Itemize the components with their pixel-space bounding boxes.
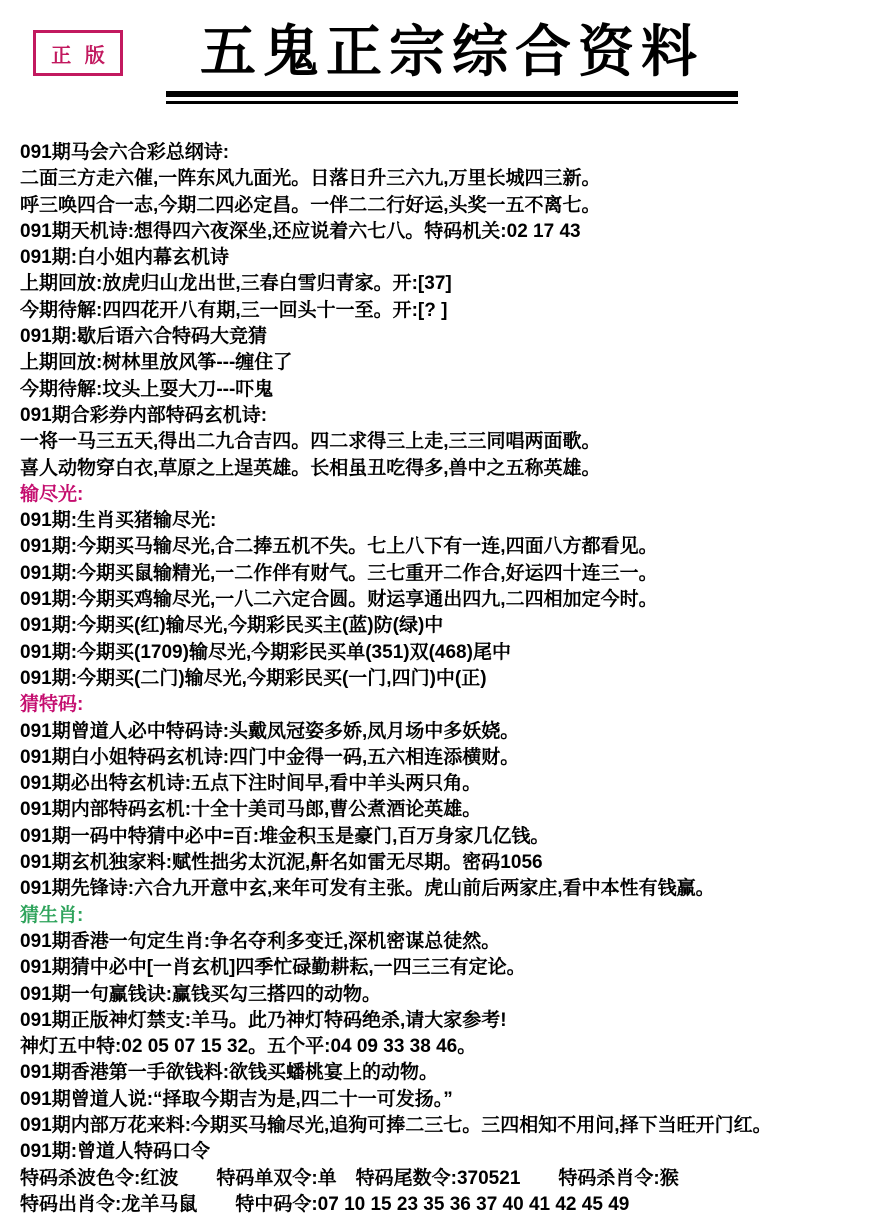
text-line: 神灯五中特:02 05 07 15 32。五个平:04 09 33 38 46。 <box>20 1034 865 1060</box>
text-line: 上期回放:放虎归山龙出世,三春白雪归青家。开:[37] <box>20 271 865 297</box>
text-line: 091期猜中必中[一肖玄机]四季忙碌勤耕耘,一四三三有定论。 <box>20 955 865 981</box>
content: 091期马会六合彩总纲诗:二面三方走六催,一阵东风九面光。日落日升三六九,万里长… <box>0 138 881 1218</box>
text-line: 091期马会六合彩总纲诗: <box>20 140 865 166</box>
text-line: 091期必出特玄机诗:五点下注时间早,看中羊头两只角。 <box>20 771 865 797</box>
text-line: 特码杀波色令:红波 特码单双令:单 特码尾数令:370521 特码杀肖令:猴 <box>20 1166 865 1192</box>
text-line: 091期香港一句定生肖:争名夺利多变迁,深机密谋总徒然。 <box>20 929 865 955</box>
text-line: 091期:歇后语六合特码大竞猜 <box>20 324 865 350</box>
text-line: 091期正版神灯禁支:羊马。此乃神灯特码绝杀,请大家参考! <box>20 1008 865 1034</box>
text-line: 喜人动物穿白衣,草原之上逞英雄。长相虽丑吃得多,兽中之五称英雄。 <box>20 456 865 482</box>
content-lines: 091期马会六合彩总纲诗:二面三方走六催,一阵东风九面光。日落日升三六九,万里长… <box>20 140 865 1218</box>
text-line: 091期:今期买(二门)输尽光,今期彩民买(一门,四门)中(正) <box>20 666 865 692</box>
text-line: 呼三唤四合一志,今期二四必定昌。一伴二二行好运,头奖一五不离七。 <box>20 193 865 219</box>
text-line: 091期天机诗:想得四六夜深坐,还应说着六七八。特码机关:02 17 43 <box>20 219 865 245</box>
text-line: 091期内部万花来料:今期买马输尽光,追狗可捧二三七。三四相知不用问,择下当旺开… <box>20 1113 865 1139</box>
page-title: 五鬼正宗综合资料 <box>166 18 738 88</box>
text-line: 091期:白小姐内幕玄机诗 <box>20 245 865 271</box>
text-line: 猜生肖: <box>20 903 865 929</box>
text-line: 091期:今期买马输尽光,合二捧五机不失。七上八下有一连,四面八方都看见。 <box>20 534 865 560</box>
genuine-badge: 正 版 <box>33 30 123 76</box>
text-line: 今期待解:四四花开八有期,三一回头十一至。开:[? ] <box>20 298 865 324</box>
genuine-badge-label: 正 版 <box>51 39 109 68</box>
text-line: 091期白小姐特码玄机诗:四门中金得一码,五六相连添横财。 <box>20 745 865 771</box>
text-line: 特码出肖令:龙羊马鼠 特中码令:07 10 15 23 35 36 37 40 … <box>20 1192 865 1218</box>
text-line: 091期一句赢钱诀:赢钱买勾三搭四的动物。 <box>20 982 865 1008</box>
text-line: 091期:今期买鼠输精光,一二作伴有财气。三七重开二作合,好运四十连三一。 <box>20 561 865 587</box>
text-line: 猜特码: <box>20 692 865 718</box>
text-line: 091期内部特码玄机:十全十美司马郎,曹公煮酒论英雄。 <box>20 797 865 823</box>
text-line: 091期曾道人说:“择取今期吉为是,四二十一可发扬。” <box>20 1087 865 1113</box>
header: 正 版 五鬼正宗综合资料 <box>0 0 881 138</box>
text-line: 091期香港第一手欲钱料:欲钱买蟠桃宴上的动物。 <box>20 1060 865 1086</box>
text-line: 091期:曾道人特码口令 <box>20 1139 865 1165</box>
text-line: 上期回放:树林里放风筝---缠住了 <box>20 350 865 376</box>
text-line: 091期:今期买(红)输尽光,今期彩民买主(蓝)防(绿)中 <box>20 613 865 639</box>
text-line: 091期:今期买鸡输尽光,一八二六定合圆。财运享通出四九,二四相加定今时。 <box>20 587 865 613</box>
title-underline-thin <box>166 101 738 104</box>
text-line: 091期先锋诗:六合九开意中玄,来年可发有主张。虎山前后两家庄,看中本性有钱赢。 <box>20 876 865 902</box>
text-line: 091期玄机独家料:赋性拙劣太沉泥,鼾名如雷无尽期。密码1056 <box>20 850 865 876</box>
text-line: 输尽光: <box>20 482 865 508</box>
text-line: 091期一码中特猜中必中=百:堆金积玉是豪门,百万身家几亿钱。 <box>20 824 865 850</box>
text-line: 今期待解:坟头上耍大刀---吓鬼 <box>20 377 865 403</box>
text-line: 一将一马三五天,得出二九合吉四。四二求得三上走,三三同唱两面歌。 <box>20 429 865 455</box>
page-root: 正 版 五鬼正宗综合资料 091期马会六合彩总纲诗:二面三方走六催,一阵东风九面… <box>0 0 881 1218</box>
text-line: 091期合彩券内部特码玄机诗: <box>20 403 865 429</box>
text-line: 091期曾道人必中特码诗:头戴凤冠姿多娇,凤月场中多妖娆。 <box>20 719 865 745</box>
title-underline-thick <box>166 91 738 97</box>
text-line: 091期:生肖买猪输尽光: <box>20 508 865 534</box>
text-line: 091期:今期买(1709)输尽光,今期彩民买单(351)双(468)尾中 <box>20 640 865 666</box>
text-line: 二面三方走六催,一阵东风九面光。日落日升三六九,万里长城四三新。 <box>20 166 865 192</box>
title-block: 五鬼正宗综合资料 <box>166 18 738 104</box>
